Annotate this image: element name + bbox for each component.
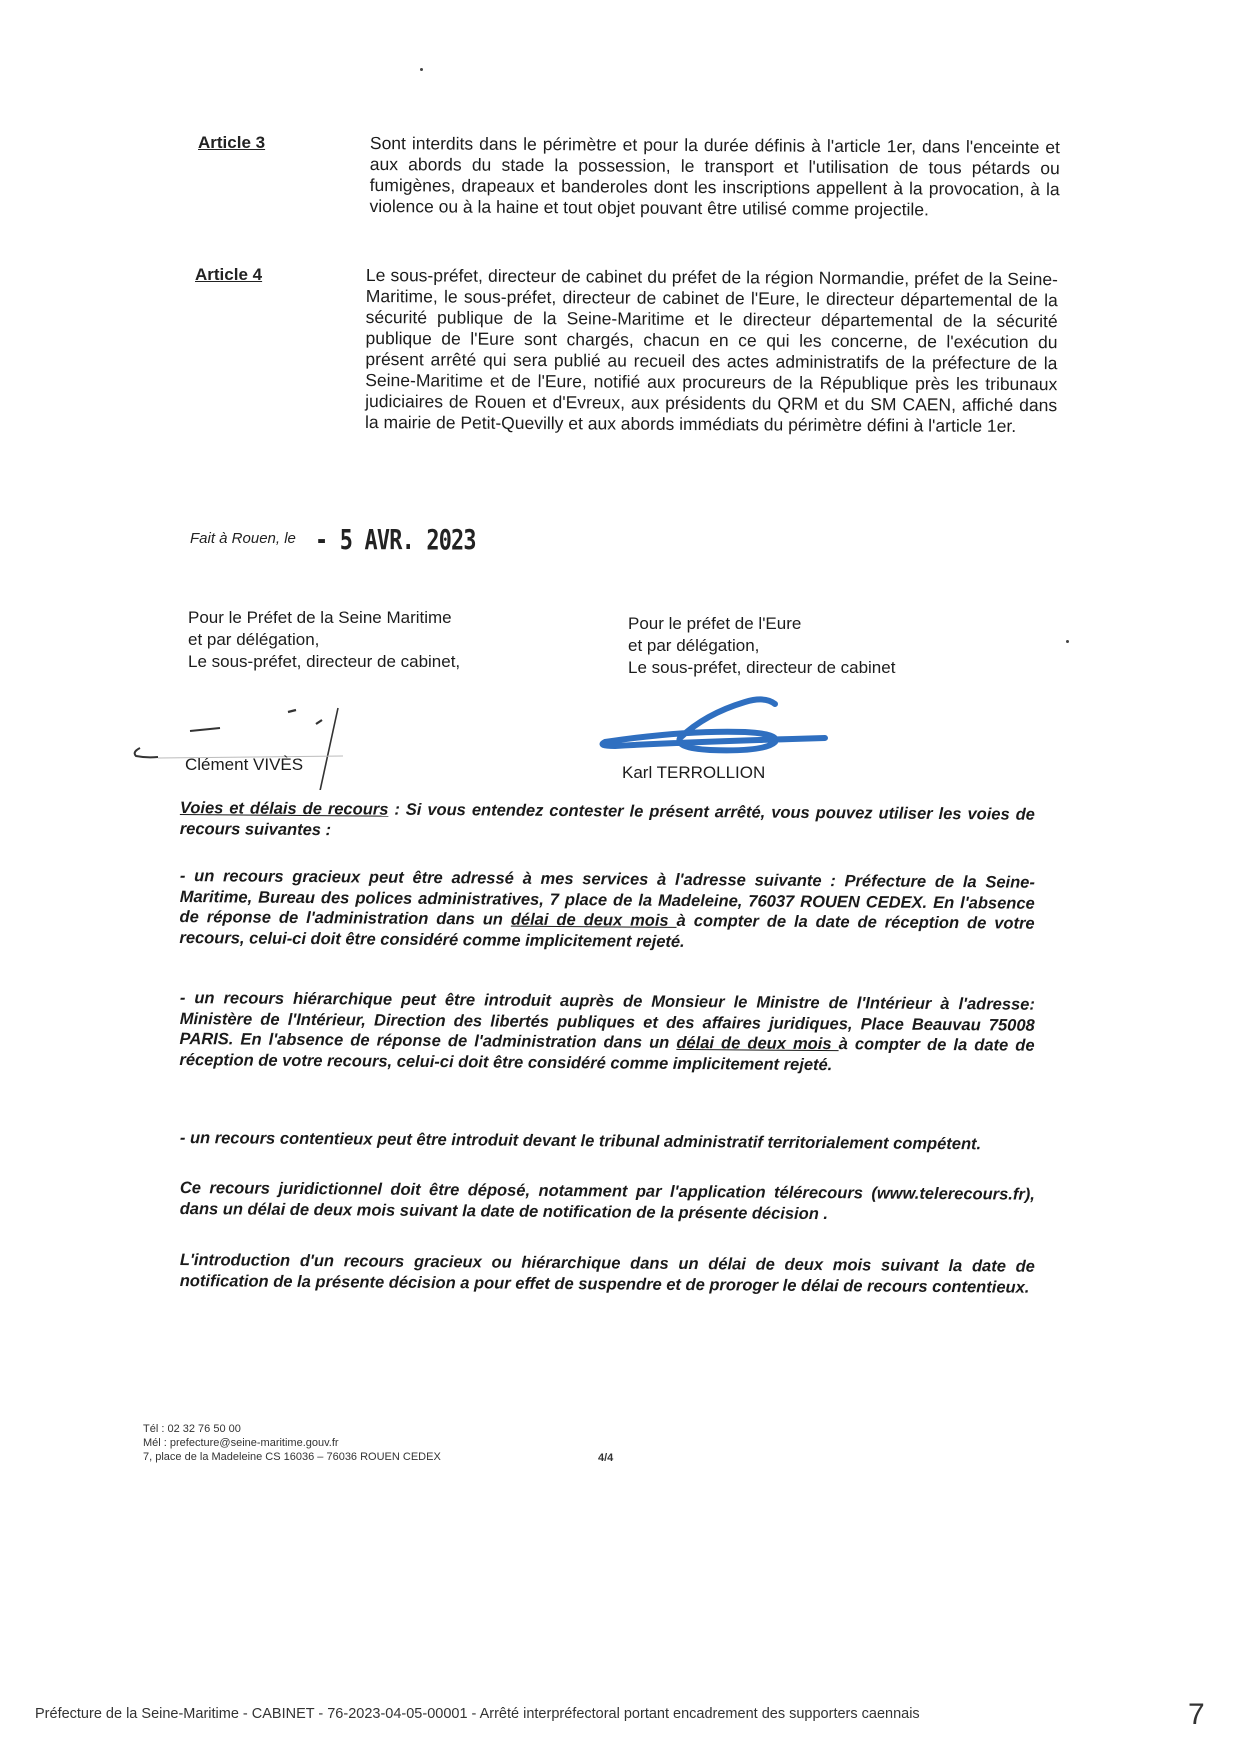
article-3-label: Article 3: [198, 133, 265, 153]
footer-contact: Tél : 02 32 76 50 00 Mél : prefecture@se…: [143, 1422, 441, 1464]
signatory-right-name: Karl TERROLLION: [622, 763, 765, 783]
recours-suspension: L'introduction d'un recours gracieux ou …: [180, 1250, 1035, 1298]
recours-hierarchique: - un recours hiérarchique peut être intr…: [179, 988, 1035, 1077]
document-caption: Préfecture de la Seine-Maritime - CABINE…: [35, 1706, 1085, 1722]
recours-hierarchique-delay: délai de deux mois: [676, 1034, 838, 1053]
recours-gracieux-delay: délai de deux mois: [511, 911, 677, 930]
footer-email: Mél : prefecture@seine-maritime.gouv.fr: [143, 1436, 441, 1450]
recours-heading: Voies et délais de recours: [180, 799, 389, 819]
signatory-right-line2: et par délégation,: [628, 635, 895, 657]
scan-speck: [420, 68, 423, 71]
date-stamp: - 5 AVR. 2023: [315, 523, 476, 556]
footer-tel: Tél : 02 32 76 50 00: [143, 1422, 441, 1436]
recours-intro: Voies et délais de recours : Si vous ent…: [180, 798, 1035, 846]
handwritten-signature-left: [128, 700, 358, 790]
handwritten-signature-right: [595, 690, 835, 760]
signatory-left-line3: Le sous-préfet, directeur de cabinet,: [188, 651, 460, 673]
scanned-page: Article 3 Sont interdits dans le périmèt…: [0, 0, 1240, 1754]
footer-page-count: 4/4: [598, 1452, 613, 1464]
article-3-text: Sont interdits dans le périmètre et pour…: [369, 133, 1060, 221]
signatory-right-block: Pour le préfet de l'Eure et par délégati…: [628, 613, 895, 679]
signatory-right-line1: Pour le préfet de l'Eure: [628, 613, 895, 635]
recours-gracieux: - un recours gracieux peut être adressé …: [179, 866, 1035, 955]
recours-juridictionnel: Ce recours juridictionnel doit être dépo…: [180, 1178, 1035, 1226]
footer-address: 7, place de la Madeleine CS 16036 – 7603…: [143, 1450, 441, 1464]
article-4-label: Article 4: [195, 265, 262, 285]
signatory-left-line2: et par délégation,: [188, 629, 460, 651]
scan-speck: [1066, 640, 1069, 643]
signatory-left-block: Pour le Préfet de la Seine Maritime et p…: [188, 607, 460, 673]
signatory-right-line3: Le sous-préfet, directeur de cabinet: [628, 657, 895, 679]
signatory-left-name: Clément VIVÈS: [185, 755, 303, 775]
article-4-text: Le sous-préfet, directeur de cabinet du …: [365, 265, 1058, 437]
place-label: Fait à Rouen, le: [190, 530, 296, 547]
compilation-page-number: 7: [1188, 1698, 1205, 1732]
recours-contentieux: - un recours contentieux peut être intro…: [180, 1128, 1035, 1155]
signatory-left-line1: Pour le Préfet de la Seine Maritime: [188, 607, 460, 629]
